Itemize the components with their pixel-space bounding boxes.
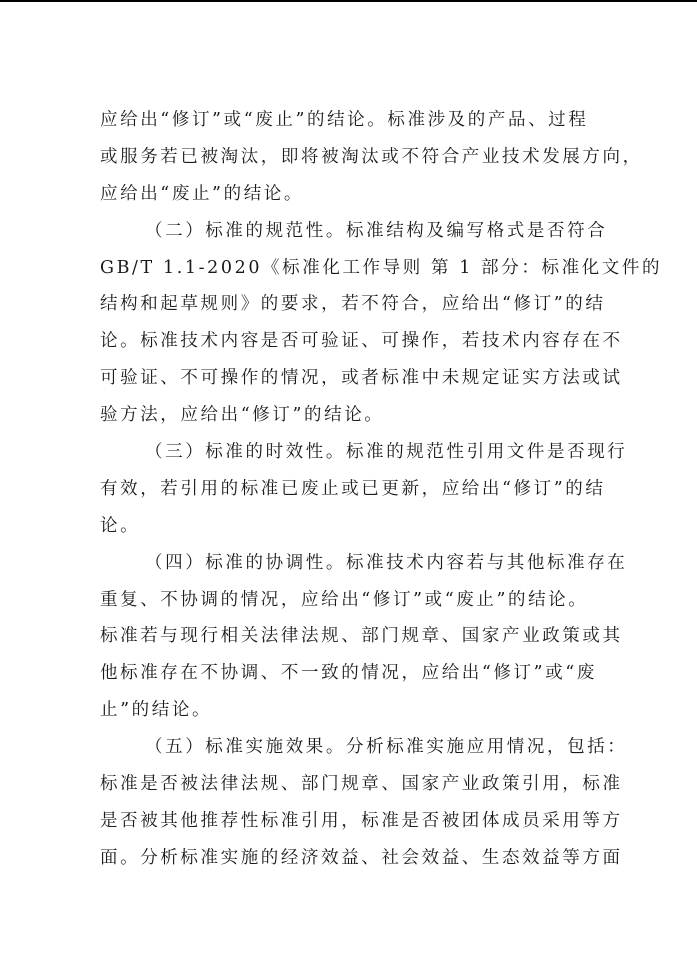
section-heading-line: （五）标准实施效果。分析标准实施应用情况，包括：: [100, 729, 592, 766]
document-body: 应给出“修订”或“废止”的结论。标准涉及的产品、过程 或服务若已被淘汰，即将被淘…: [100, 102, 592, 877]
text-line: 可验证、不可操作的情况，或者标准中未规定证实方法或试: [100, 360, 592, 397]
section-heading-line: （四）标准的协调性。标准技术内容若与其他标准存在: [100, 545, 592, 582]
text-line: 有效，若引用的标准已废止或已更新，应给出“修订”的结: [100, 471, 592, 508]
text-line: 面。分析标准实施的经济效益、社会效益、生态效益等方面: [100, 840, 592, 877]
text-line: GB/T 1.1-2020《标准化工作导则 第 1 部分：标准化文件的: [100, 250, 592, 287]
text-line: 标准是否被法律法规、部门规章、国家产业政策引用，标准: [100, 766, 592, 803]
text-line: 结构和起草规则》的要求，若不符合，应给出“修订”的结: [100, 286, 592, 323]
text-line: 论。标准技术内容是否可验证、可操作，若技术内容存在不: [100, 323, 592, 360]
page-top-border: [0, 0, 697, 2]
section-heading-line: （二）标准的规范性。标准结构及编写格式是否符合: [100, 213, 592, 250]
text-line: 止”的结论。: [100, 692, 592, 729]
text-line: 标准若与现行相关法律法规、部门规章、国家产业政策或其: [100, 618, 592, 655]
text-line: 他标准存在不协调、不一致的情况，应给出“修订”或“废: [100, 655, 592, 692]
text-line: 是否被其他推荐性标准引用，标准是否被团体成员采用等方: [100, 803, 592, 840]
text-line: 应给出“废止”的结论。: [100, 176, 592, 213]
text-line: 重复、不协调的情况，应给出“修订”或“废止”的结论。: [100, 582, 592, 619]
text-line: 论。: [100, 508, 592, 545]
text-line: 验方法，应给出“修订”的结论。: [100, 397, 592, 434]
section-heading-line: （三）标准的时效性。标准的规范性引用文件是否现行: [100, 434, 592, 471]
text-line: 或服务若已被淘汰，即将被淘汰或不符合产业技术发展方向，: [100, 139, 592, 176]
text-line: 应给出“修订”或“废止”的结论。标准涉及的产品、过程: [100, 102, 592, 139]
